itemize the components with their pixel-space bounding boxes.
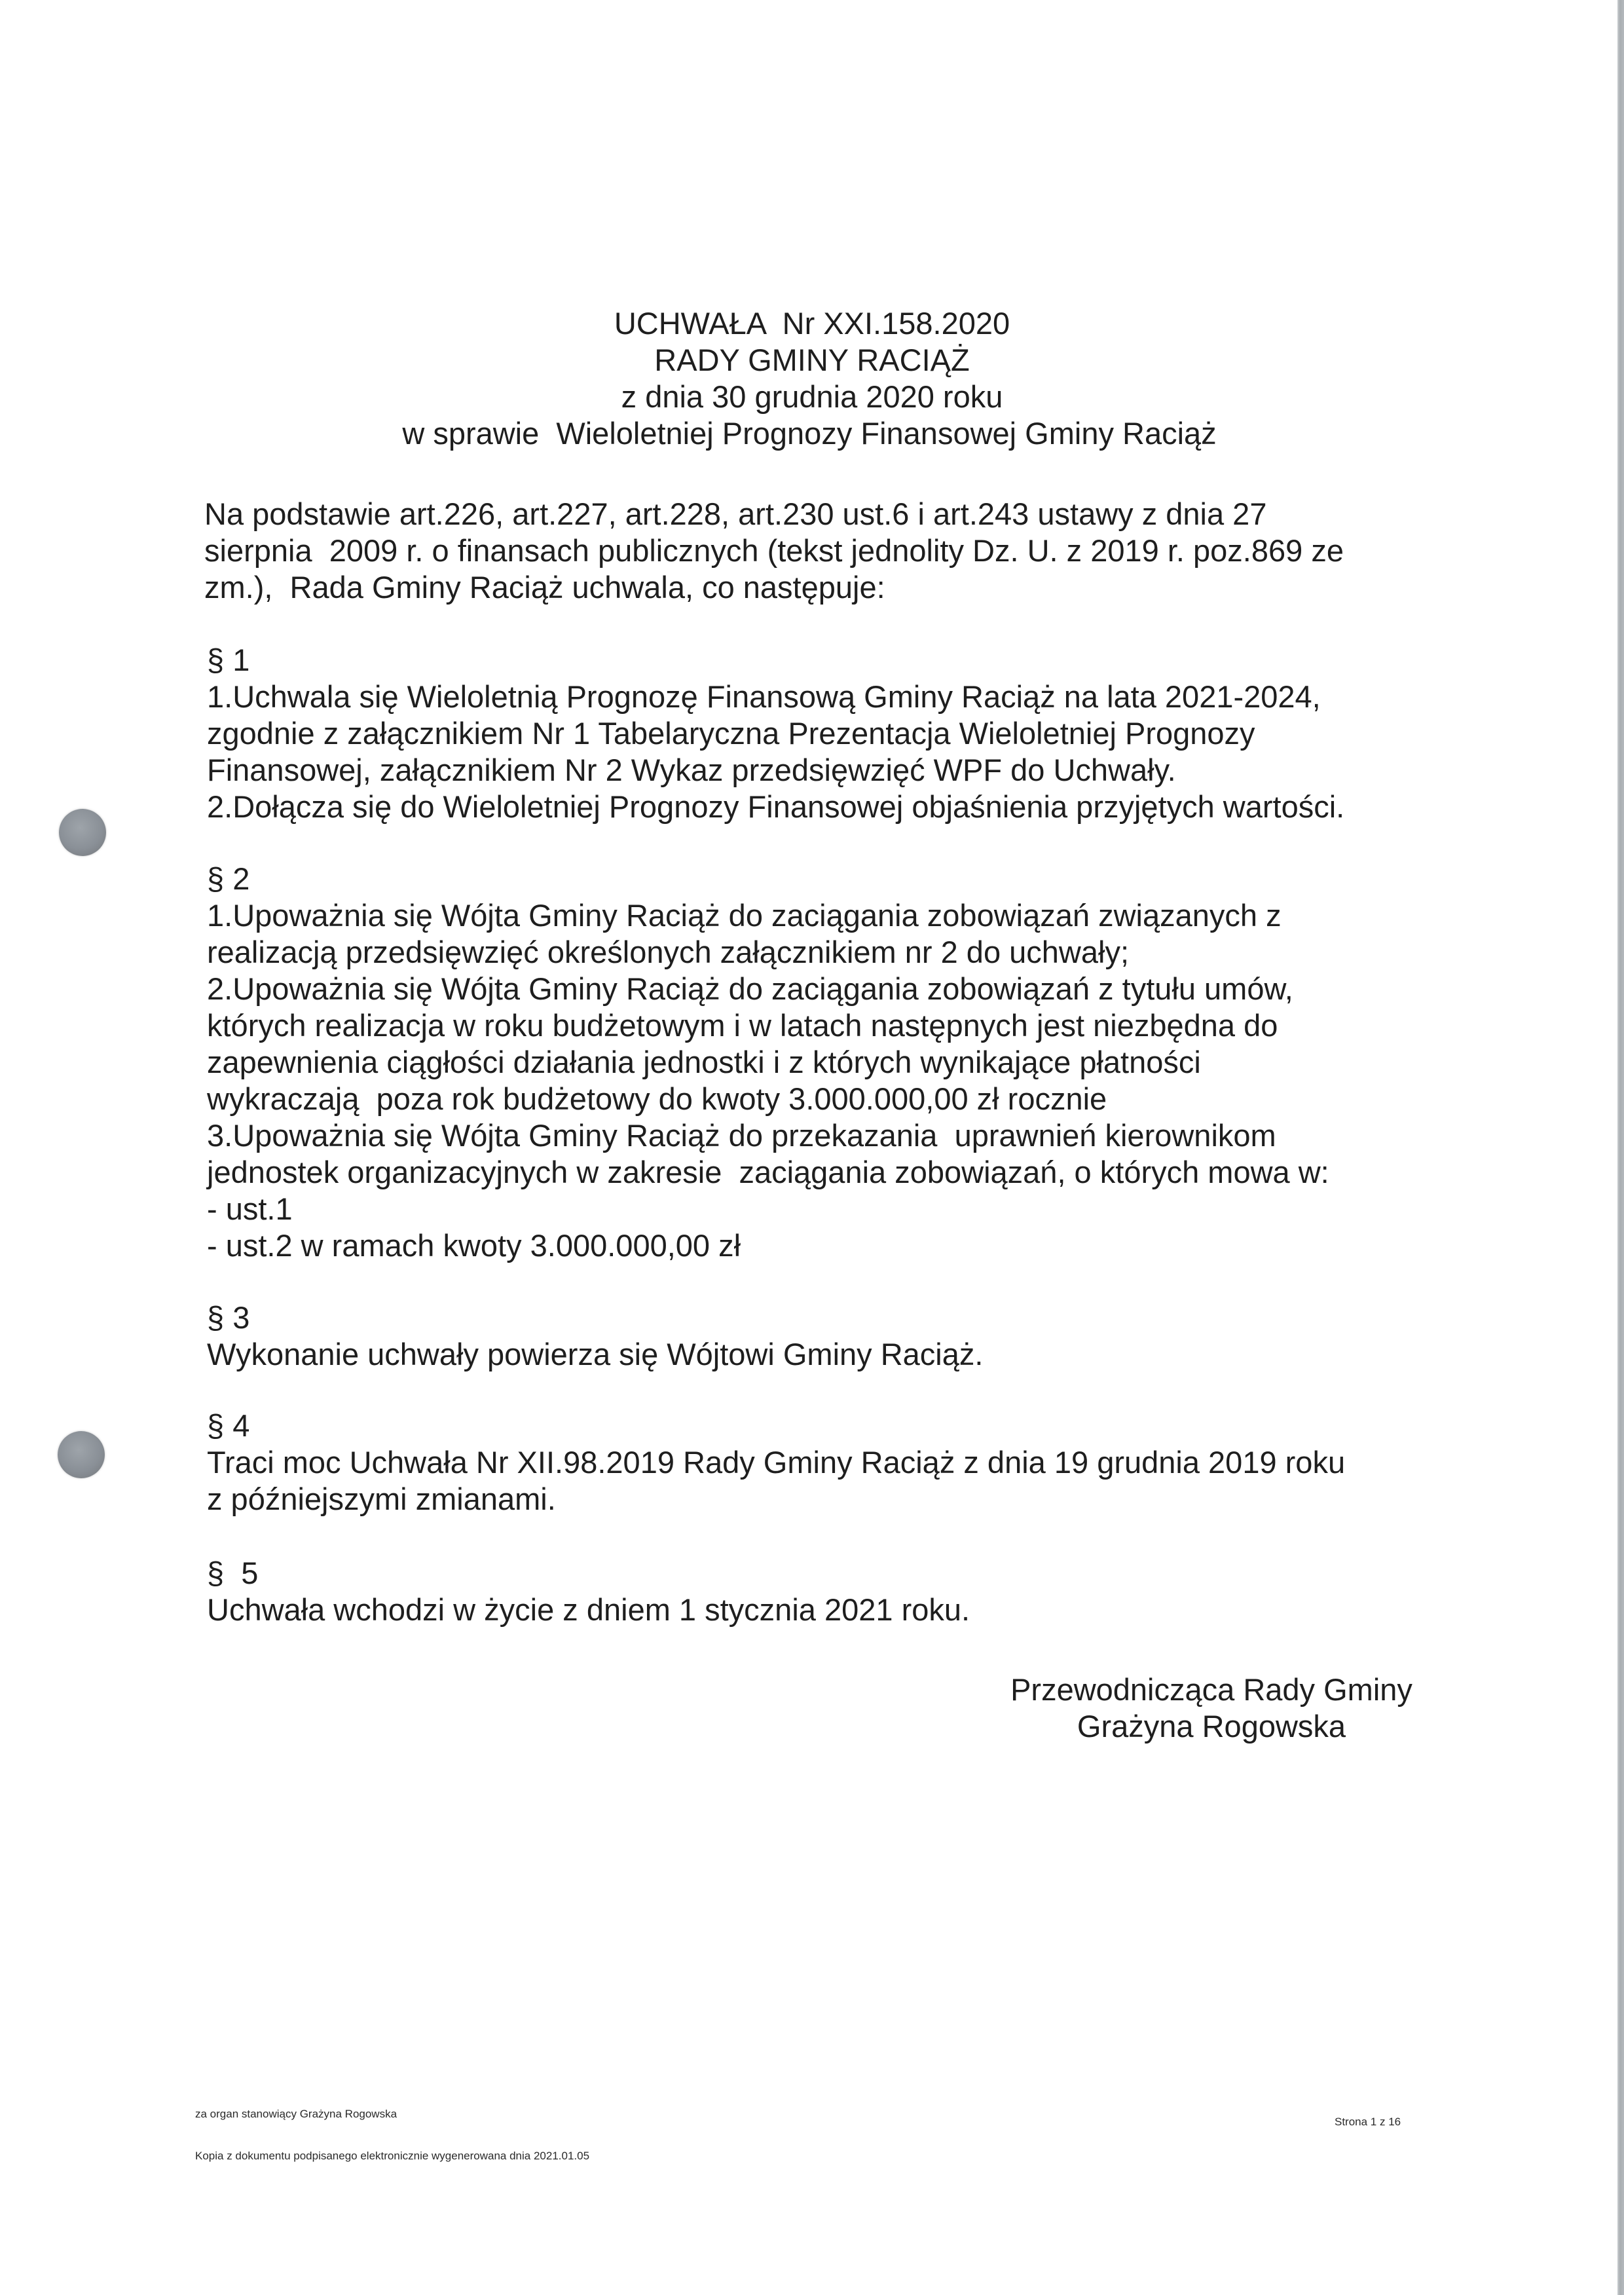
section-line: 2.Dołącza się do Wieloletniej Prognozy F… bbox=[207, 789, 1344, 825]
punch-hole-bottom bbox=[58, 1431, 105, 1478]
section-text: 1.Upoważnia się Wójta Gminy Raciąż do za… bbox=[207, 897, 1329, 1264]
signatory-name: Grażyna Rogowska bbox=[995, 1708, 1428, 1745]
footer-notes: za organ stanowiący Grażyna Rogowska Kop… bbox=[195, 2108, 589, 2163]
section-line: 2.Upoważnia się Wójta Gminy Raciąż do za… bbox=[207, 971, 1329, 1007]
resolution-header: UCHWAŁA Nr XXI.158.2020 RADY GMINY RACIĄ… bbox=[0, 305, 1624, 452]
section-line: wykraczają poza rok budżetowy do kwoty 3… bbox=[207, 1081, 1329, 1117]
section-text: 1.Uchwala się Wieloletnią Prognozę Finan… bbox=[207, 679, 1344, 825]
section-line: z późniejszymi zmianami. bbox=[207, 1481, 1345, 1518]
section-text: Wykonanie uchwały powierza się Wójtowi G… bbox=[207, 1336, 983, 1373]
section-mark: § 1 bbox=[207, 642, 1344, 679]
section-4: § 4 Traci moc Uchwała Nr XII.98.2019 Rad… bbox=[207, 1408, 1345, 1518]
section-line: zapewnienia ciągłości działania jednostk… bbox=[207, 1044, 1329, 1081]
legal-basis-line: Na podstawie art.226, art.227, art.228, … bbox=[204, 496, 1344, 532]
legal-basis-line: sierpnia 2009 r. o finansach publicznych… bbox=[204, 532, 1344, 569]
resolution-issuer: RADY GMINY RACIĄŻ bbox=[0, 342, 1624, 379]
section-mark: § 2 bbox=[207, 861, 1329, 897]
legal-basis: Na podstawie art.226, art.227, art.228, … bbox=[204, 496, 1344, 606]
section-line: jednostek organizacyjnych w zakresie zac… bbox=[207, 1154, 1329, 1191]
section-1: § 1 1.Uchwala się Wieloletnią Prognozę F… bbox=[207, 642, 1344, 825]
section-line: Finansowej, załącznikiem Nr 2 Wykaz prze… bbox=[207, 752, 1344, 789]
section-text: Traci moc Uchwała Nr XII.98.2019 Rady Gm… bbox=[207, 1444, 1345, 1518]
section-line: 1.Uchwala się Wieloletnią Prognozę Finan… bbox=[207, 679, 1344, 715]
footer-copy-note: Kopia z dokumentu podpisanego elektronic… bbox=[195, 2150, 589, 2163]
legal-basis-line: zm.), Rada Gminy Raciąż uchwala, co nast… bbox=[204, 569, 1344, 606]
section-line: Traci moc Uchwała Nr XII.98.2019 Rady Gm… bbox=[207, 1444, 1345, 1481]
punch-hole-top bbox=[59, 809, 106, 856]
section-3: § 3 Wykonanie uchwały powierza się Wójto… bbox=[207, 1299, 983, 1373]
section-line: - ust.2 w ramach kwoty 3.000.000,00 zł bbox=[207, 1227, 1329, 1264]
section-2: § 2 1.Upoważnia się Wójta Gminy Raciąż d… bbox=[207, 861, 1329, 1264]
signatory-role: Przewodnicząca Rady Gminy bbox=[995, 1671, 1428, 1708]
section-line: których realizacja w roku budżetowym i w… bbox=[207, 1007, 1329, 1044]
section-line: Uchwała wchodzi w życie z dniem 1 styczn… bbox=[207, 1592, 970, 1628]
section-line: 1.Upoważnia się Wójta Gminy Raciąż do za… bbox=[207, 897, 1329, 934]
resolution-title: UCHWAŁA Nr XXI.158.2020 bbox=[0, 305, 1624, 342]
section-line: - ust.1 bbox=[207, 1191, 1329, 1227]
resolution-date: z dnia 30 grudnia 2020 roku bbox=[0, 379, 1624, 415]
page-indicator: Strona 1 z 16 bbox=[1335, 2116, 1401, 2129]
section-text: Uchwała wchodzi w życie z dniem 1 styczn… bbox=[207, 1592, 970, 1628]
signature-block: Przewodnicząca Rady Gminy Grażyna Rogows… bbox=[995, 1671, 1428, 1745]
section-line: Wykonanie uchwały powierza się Wójtowi G… bbox=[207, 1336, 983, 1373]
section-line: realizacją przedsięwzięć określonych zał… bbox=[207, 934, 1329, 971]
footer-signed-by: za organ stanowiący Grażyna Rogowska bbox=[195, 2108, 589, 2121]
section-5: § 5 Uchwała wchodzi w życie z dniem 1 st… bbox=[207, 1555, 970, 1628]
section-line: zgodnie z załącznikiem Nr 1 Tabelaryczna… bbox=[207, 715, 1344, 752]
resolution-subject: w sprawie Wieloletniej Prognozy Finansow… bbox=[0, 415, 1621, 452]
section-mark: § 3 bbox=[207, 1299, 983, 1336]
section-mark: § 4 bbox=[207, 1408, 1345, 1444]
section-line: 3.Upoważnia się Wójta Gminy Raciąż do pr… bbox=[207, 1117, 1329, 1154]
section-mark: § 5 bbox=[207, 1555, 970, 1592]
